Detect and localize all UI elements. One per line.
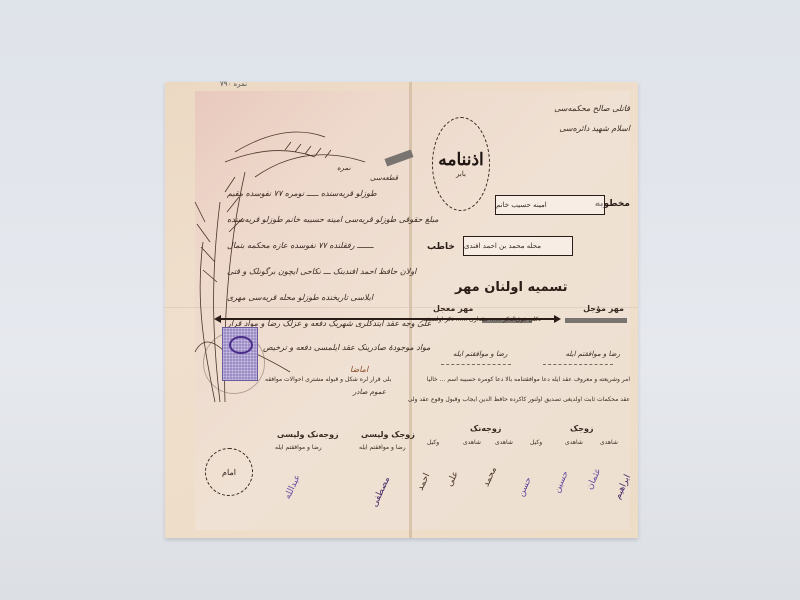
bride-group-header: زوجه‌نک [470, 424, 501, 433]
divider-arrow [220, 318, 555, 320]
left-signature: اماضا [350, 365, 368, 374]
body-line: طوزلو قریه‌سنده ـــــ نومره ٧٧ نفوسده مق… [227, 189, 377, 198]
mahr-label-immediate: مهر مؤجل [583, 304, 624, 313]
redaction-mark [565, 318, 627, 323]
imam-label: امام [222, 468, 236, 477]
column-label: شاهدی [565, 439, 583, 446]
bottom-text-line: امر وشریعته و معروف عقد ایله دعا موافقتن… [427, 376, 630, 383]
left-bottom-note: عموم صادر [353, 388, 386, 396]
betrothed-value: امینه حسیب خانم [496, 201, 547, 209]
suitor-label: خاطب [427, 242, 455, 252]
body-line: ایلاسی تاریخنده طوزلو محله قریه‌سی مهری [227, 293, 373, 302]
number-mark: نمره [337, 164, 351, 172]
bride-guardian-note: رضا و موافقتم ایله [275, 444, 322, 451]
suitor-field: محله محمد بن احمد افندی [463, 236, 573, 256]
body-line: مواد موجودهٔ صادرینک عقد ایلمسی دفعه و ت… [263, 343, 430, 352]
column-label: وکیل [427, 439, 439, 446]
izinname-document: نمره ٧٩٠ نمره قطعه‌سی طوزلو قریه‌سنده ــ… [165, 82, 638, 538]
imam-circle: امام [205, 448, 253, 496]
consent-left: رضا و موافقتم ایله [453, 350, 507, 358]
suitor-value: محله محمد بن احمد افندی [464, 242, 541, 250]
signature-line [441, 364, 511, 365]
title-oval: اذننامه بابر [432, 117, 490, 211]
document-subtitle: بابر [456, 170, 466, 178]
body-line: مبلغ حقوقی طوزلو قریه‌سی امینه حسیبه خان… [227, 215, 439, 224]
column-label: شاهدی [463, 439, 481, 446]
column-label: وکیل [530, 439, 542, 446]
court-line: قاتلی صالح محکمه‌سی [554, 104, 630, 113]
mahr-heading: تسمیه اولنان مهر [455, 280, 568, 295]
revenue-stamp [222, 327, 258, 381]
bride-guardian-header: زوجه‌نک ولیسی [277, 430, 339, 439]
body-line: اولان حافظ احمد افندینک ـــ نکاحی ایچون … [227, 267, 416, 276]
signature-line [543, 364, 613, 365]
district-line: اسلام شهید دائره‌سی [559, 124, 630, 133]
betrothed-field: امینه حسیب خانم [495, 195, 605, 215]
mahr-label-deferred: مهر معجل [433, 304, 473, 313]
left-bottom-text: بلی قرار لره شکل و قبوله مشتری احوالات م… [265, 376, 391, 383]
document-title: اذننامه [438, 150, 484, 170]
groom-guardian-header: زوجک ولیسی [361, 430, 415, 439]
bottom-text-line: عقد محکمات ثابت اولدیغی تصدیق اولنور کاک… [408, 396, 630, 403]
column-label: شاهدی [495, 439, 513, 446]
groom-guardian-note: رضا و موافقتم ایله [359, 444, 406, 451]
column-label: شاهدی [600, 439, 618, 446]
number-mark: قطعه‌سی [370, 174, 398, 182]
consent-right: رضا و موافقتم ایله [566, 350, 620, 358]
groom-group-header: زوجک [570, 424, 594, 433]
body-line: ـــــــ رفقلنده ٧٧ نفوسده عازه محکمه بتم… [227, 241, 374, 250]
